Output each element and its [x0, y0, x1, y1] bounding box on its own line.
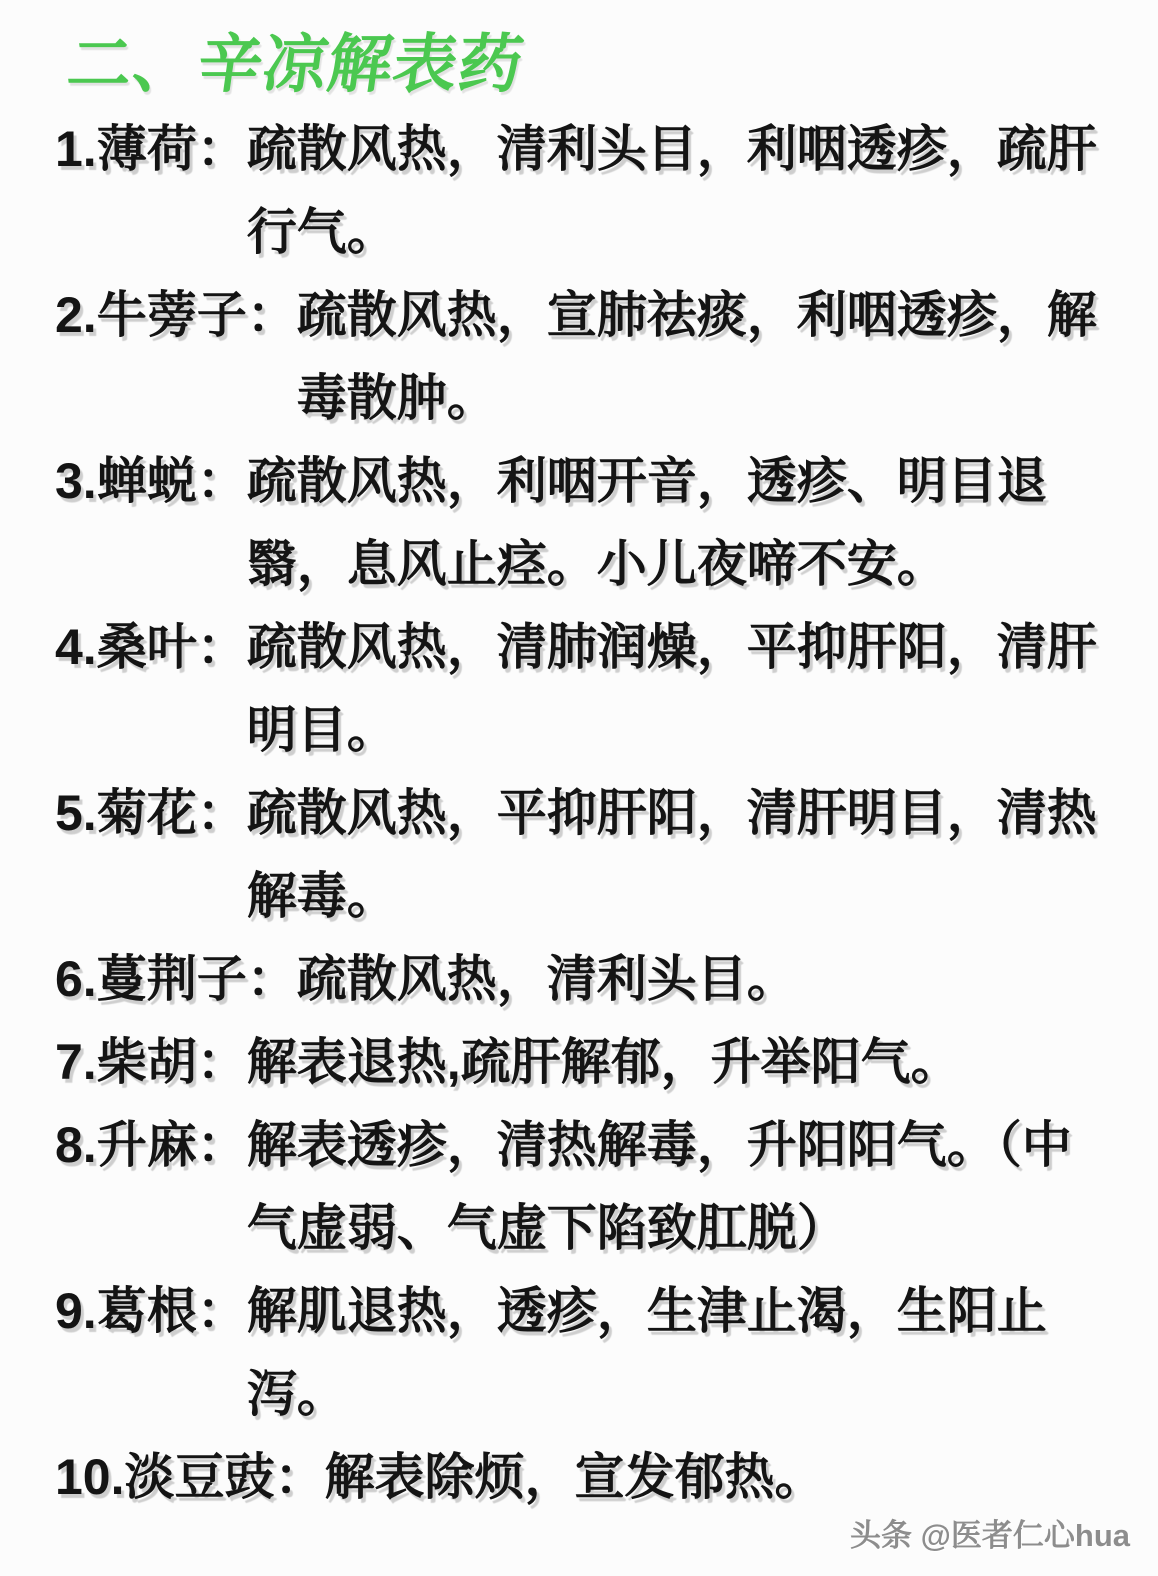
herb-description-line: 解肌退热，透疹，生津止渴，生阳止: [247, 1270, 1130, 1353]
herb-label: 9.葛根：: [55, 1270, 247, 1353]
herb-description-line: 解表退热,疏肝解郁，升举阳气。: [247, 1021, 1130, 1104]
herb-description-line: 疏散风热，清利头目。: [297, 938, 1130, 1021]
herb-label: 10.淡豆豉：: [55, 1436, 325, 1519]
herb-description-line: 翳，息风止痉。小儿夜啼不安。: [247, 523, 1130, 606]
page: 二、辛凉解表药 1.薄荷： 疏散风热，清利头目，利咽透疹，疏肝 行气。 2.牛蒡…: [0, 0, 1158, 1576]
herb-description-line: 疏散风热，宣肺祛痰，利咽透疹，解: [297, 274, 1130, 357]
herb-description: 疏散风热，清肺润燥，平抑肝阳，清肝 明目。: [247, 606, 1130, 772]
herb-description-line: 解表除烦，宣发郁热。: [325, 1436, 1130, 1519]
herb-item-manjingzi: 6.蔓荆子： 疏散风热，清利头目。: [55, 938, 1130, 1021]
herb-item-chaihu: 7.柴胡： 解表退热,疏肝解郁，升举阳气。: [55, 1021, 1130, 1104]
herb-description: 疏散风热，平抑肝阳，清肝明目，清热 解毒。: [247, 772, 1130, 938]
herb-description-line: 解毒。: [247, 855, 1130, 938]
herb-label: 7.柴胡：: [55, 1021, 247, 1104]
herb-label: 3.蝉蜕：: [55, 440, 247, 523]
herb-description: 疏散风热，清利头目，利咽透疹，疏肝 行气。: [247, 108, 1130, 274]
herb-label: 4.桑叶：: [55, 606, 247, 689]
herb-description-line: 明目。: [247, 689, 1130, 772]
herb-description-line: 泻。: [247, 1353, 1130, 1436]
herb-label: 6.蔓荆子：: [55, 938, 297, 1021]
herb-item-chantui: 3.蝉蜕： 疏散风热，利咽开音，透疹、明目退 翳，息风止痉。小儿夜啼不安。: [55, 440, 1130, 606]
herb-label: 1.薄荷：: [55, 108, 247, 191]
herb-label: 2.牛蒡子：: [55, 274, 297, 357]
herb-description: 解表除烦，宣发郁热。: [325, 1436, 1130, 1519]
herb-description: 疏散风热，宣肺祛痰，利咽透疹，解 毒散肿。: [297, 274, 1130, 440]
herb-item-gegen: 9.葛根： 解肌退热，透疹，生津止渴，生阳止 泻。: [55, 1270, 1130, 1436]
herb-item-sangye: 4.桑叶： 疏散风热，清肺润燥，平抑肝阳，清肝 明目。: [55, 606, 1130, 772]
herb-description: 疏散风热，利咽开音，透疹、明目退 翳，息风止痉。小儿夜啼不安。: [247, 440, 1130, 606]
herb-description: 解表退热,疏肝解郁，升举阳气。: [247, 1021, 1130, 1104]
herb-label: 8.升麻：: [55, 1104, 247, 1187]
herb-description-line: 解表透疹，清热解毒，升阳阳气。（中: [247, 1104, 1130, 1187]
herb-description: 疏散风热，清利头目。: [297, 938, 1130, 1021]
herb-item-juhua: 5.菊花： 疏散风热，平抑肝阳，清肝明目，清热 解毒。: [55, 772, 1130, 938]
watermark: 头条 @医者仁心hua: [850, 1516, 1130, 1556]
page-title: 二、辛凉解表药: [63, 26, 529, 102]
herb-description-line: 疏散风热，利咽开音，透疹、明目退: [247, 440, 1130, 523]
herb-item-shengma: 8.升麻： 解表透疹，清热解毒，升阳阳气。（中 气虚弱、气虚下陷致肛脱）: [55, 1104, 1130, 1270]
herb-description-line: 气虚弱、气虚下陷致肛脱）: [247, 1187, 1130, 1270]
herb-item-niubangzi: 2.牛蒡子： 疏散风热，宣肺祛痰，利咽透疹，解 毒散肿。: [55, 274, 1130, 440]
herb-description: 解肌退热，透疹，生津止渴，生阳止 泻。: [247, 1270, 1130, 1436]
herb-item-bohe: 1.薄荷： 疏散风热，清利头目，利咽透疹，疏肝 行气。: [55, 108, 1130, 274]
herb-description-line: 行气。: [247, 191, 1130, 274]
herb-description: 解表透疹，清热解毒，升阳阳气。（中 气虚弱、气虚下陷致肛脱）: [247, 1104, 1130, 1270]
herb-description-line: 疏散风热，平抑肝阳，清肝明目，清热: [247, 772, 1130, 855]
herb-description-line: 疏散风热，清利头目，利咽透疹，疏肝: [247, 108, 1130, 191]
herb-description-line: 毒散肿。: [297, 357, 1130, 440]
herb-description-line: 疏散风热，清肺润燥，平抑肝阳，清肝: [247, 606, 1130, 689]
herb-label: 5.菊花：: [55, 772, 247, 855]
herb-item-dandouchi: 10.淡豆豉： 解表除烦，宣发郁热。: [55, 1436, 1130, 1519]
herb-list: 1.薄荷： 疏散风热，清利头目，利咽透疹，疏肝 行气。 2.牛蒡子： 疏散风热，…: [55, 108, 1130, 1519]
